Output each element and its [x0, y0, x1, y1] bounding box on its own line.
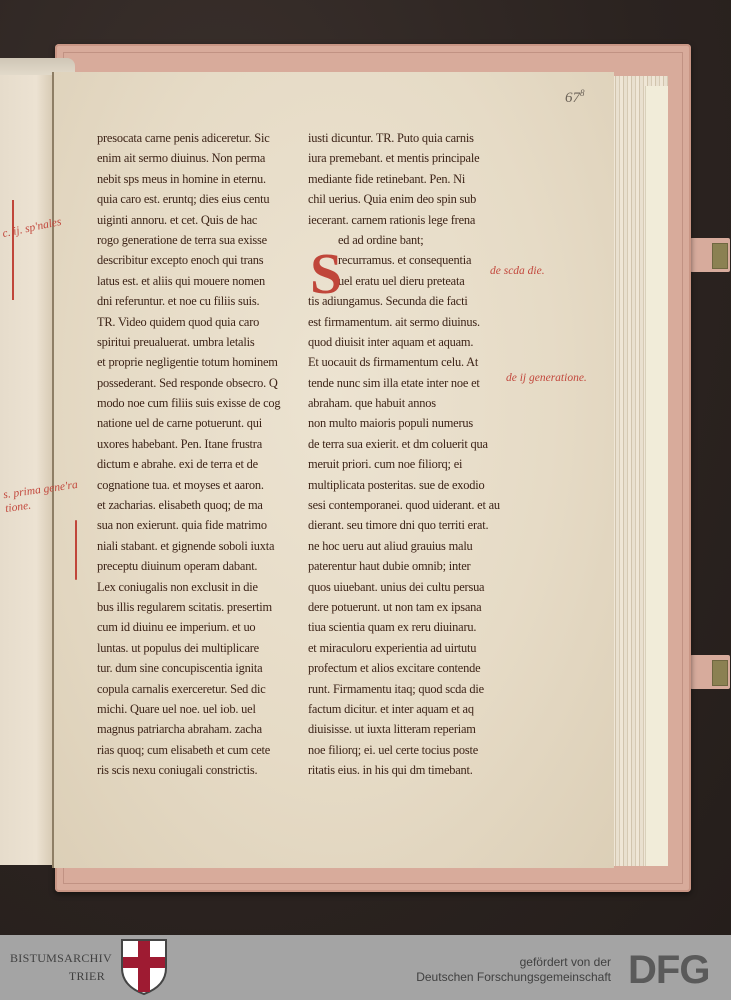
manuscript-line: diuisisse. ut iuxta litteram reperiam	[308, 719, 508, 739]
manuscript-line: quos uiuebant. unius dei cultu persua	[308, 577, 508, 597]
manuscript-line: michi. Quare uel noe. uel iob. uel	[97, 699, 297, 719]
manuscript-line: quia caro est. eruntq; dies eius centu	[97, 189, 297, 209]
manuscript-line: nebit sps meus in homine in eternu.	[97, 169, 297, 189]
manuscript-line: runt. Firmamentu itaq; quod scda die	[308, 679, 508, 699]
manuscript-line: dni referuntur. et noe cu filiis suis.	[97, 291, 297, 311]
manuscript-line: niali stabant. et gignende soboli iuxta	[97, 536, 297, 556]
manuscript-line: dierant. seu timore dni quo territi erat…	[308, 515, 508, 535]
marginal-note-right-2: de ij generatione.	[506, 372, 587, 384]
decorated-initial: S	[310, 245, 342, 303]
manuscript-line: tur. dum sine concupiscentia ignita	[97, 658, 297, 678]
marginal-bracket	[12, 200, 14, 300]
manuscript-line: tende nunc sim illa etate inter noe et	[308, 373, 508, 393]
manuscript-line: sua non exierunt. quia fide matrimo	[97, 515, 297, 535]
manuscript-line: ritatis eius. in his qui dm timebant.	[308, 760, 508, 780]
manuscript-line: natione uel de carne potuerunt. qui	[97, 413, 297, 433]
marginal-note-right-1: de scda die.	[490, 265, 545, 277]
manuscript-line: et proprie negligentie totum hominem	[97, 352, 297, 372]
manuscript-line: luntas. ut populus dei multiplicare	[97, 638, 297, 658]
funding-note: gefördert von der Deutschen Forschungsge…	[416, 955, 611, 985]
marginal-paragraph-mark	[75, 520, 77, 580]
manuscript-line: meruit priori. cum noe filiorq; ei	[308, 454, 508, 474]
manuscript-line: iura premebant. et mentis principale	[308, 148, 508, 168]
manuscript-line: iecerant. carnem rationis lege frena	[308, 210, 508, 230]
manuscript-line: describitur excepto enoch qui trans	[97, 250, 297, 270]
manuscript-line: uxores habebant. Pen. Itane frustra	[97, 434, 297, 454]
manuscript-scan: 678 presocata carne penis adiceretur. Si…	[0, 0, 731, 935]
manuscript-line: latus est. et aliis qui mouere nomen	[97, 271, 297, 291]
manuscript-line: Lex coniugalis non exclusit in die	[97, 577, 297, 597]
manuscript-line: dictum e abrahe. exi de terra et de	[97, 454, 297, 474]
manuscript-line: et miraculoru experientia ad uirtutu	[308, 638, 508, 658]
manuscript-line: tiua scientia quam ex reru diuinaru.	[308, 617, 508, 637]
manuscript-line: enim ait sermo diuinus. Non perma	[97, 148, 297, 168]
manuscript-line: ne hoc ueru aut aliud grauius malu	[308, 536, 508, 556]
manuscript-line: sesi contemporanei. quod uiderant. et au	[308, 495, 508, 515]
manuscript-line: non multo maioris populi numerus	[308, 413, 508, 433]
manuscript-line: multiplicata posteritas. sue de exodio	[308, 475, 508, 495]
archive-name: BISTUMSARCHIV TRIER	[10, 949, 105, 985]
manuscript-line: noe filiorq; ei. uel certe tocius poste	[308, 740, 508, 760]
manuscript-line: mediante fide retinebant. Pen. Ni	[308, 169, 508, 189]
manuscript-line: de terra sua exierit. et dm coluerit qua	[308, 434, 508, 454]
manuscript-line: possederant. Sed responde obsecro. Q	[97, 373, 297, 393]
text-column-right: iusti dicuntur. TR. Puto quia carnisiura…	[308, 128, 508, 781]
manuscript-line: copula carnalis exerceretur. Sed dic	[97, 679, 297, 699]
manuscript-line: quod diuisit inter aquam et aquam.	[308, 332, 508, 352]
manuscript-line: dere potuerunt. ut non tam ex ipsana	[308, 597, 508, 617]
manuscript-line: bus illis regularem scitatis. presertim	[97, 597, 297, 617]
binding-clasp-bottom	[690, 655, 730, 689]
clasp-metal	[712, 243, 728, 269]
manuscript-line: iusti dicuntur. TR. Puto quia carnis	[308, 128, 508, 148]
manuscript-line: profectum et alios excitare contende	[308, 658, 508, 678]
manuscript-line: preceptu diuinum operam dabant.	[97, 556, 297, 576]
manuscript-line: paterentur haut dubie omnib; inter	[308, 556, 508, 576]
trier-shield-icon	[120, 938, 168, 996]
manuscript-line: uiginti annoru. et cet. Quis de hac	[97, 210, 297, 230]
footer-bar: BISTUMSARCHIV TRIER gefördert von der De…	[0, 935, 731, 1000]
manuscript-line: rogo generatione de terra sua exisse	[97, 230, 297, 250]
manuscript-line: ris scis nexu coniugali constrictis.	[97, 760, 297, 780]
manuscript-line: cognatione tua. et moyses et aaron.	[97, 475, 297, 495]
manuscript-line: et zacharias. elisabeth quoq; de ma	[97, 495, 297, 515]
manuscript-line: TR. Video quidem quod quia caro	[97, 312, 297, 332]
manuscript-line: chil uerius. Quia enim deo spin sub	[308, 189, 508, 209]
manuscript-line: factum dicitur. et inter aquam et aq	[308, 699, 508, 719]
manuscript-line: cum id diuinu ee imperium. et uo	[97, 617, 297, 637]
dfg-logo: DFG	[628, 950, 709, 990]
left-page-fragment	[0, 75, 54, 865]
manuscript-line: spiritui preualuerat. umbra letalis	[97, 332, 297, 352]
manuscript-line: presocata carne penis adiceretur. Sic	[97, 128, 297, 148]
manuscript-line: abraham. que habuit annos	[308, 393, 508, 413]
text-column-left: presocata carne penis adiceretur. Siceni…	[97, 128, 297, 781]
manuscript-line: Et uocauit ds firmamentum celu. At	[308, 352, 508, 372]
manuscript-line: rias quoq; cum elisabeth et cum cete	[97, 740, 297, 760]
clasp-metal	[712, 660, 728, 686]
binding-clasp-top	[690, 238, 730, 272]
folio-number: 678	[565, 88, 585, 107]
manuscript-line: magnus patriarcha abraham. zacha	[97, 719, 297, 739]
manuscript-line: est firmamentum. ait sermo diuinus.	[308, 312, 508, 332]
manuscript-line: modo noe cum filiis suis exisse de cog	[97, 393, 297, 413]
